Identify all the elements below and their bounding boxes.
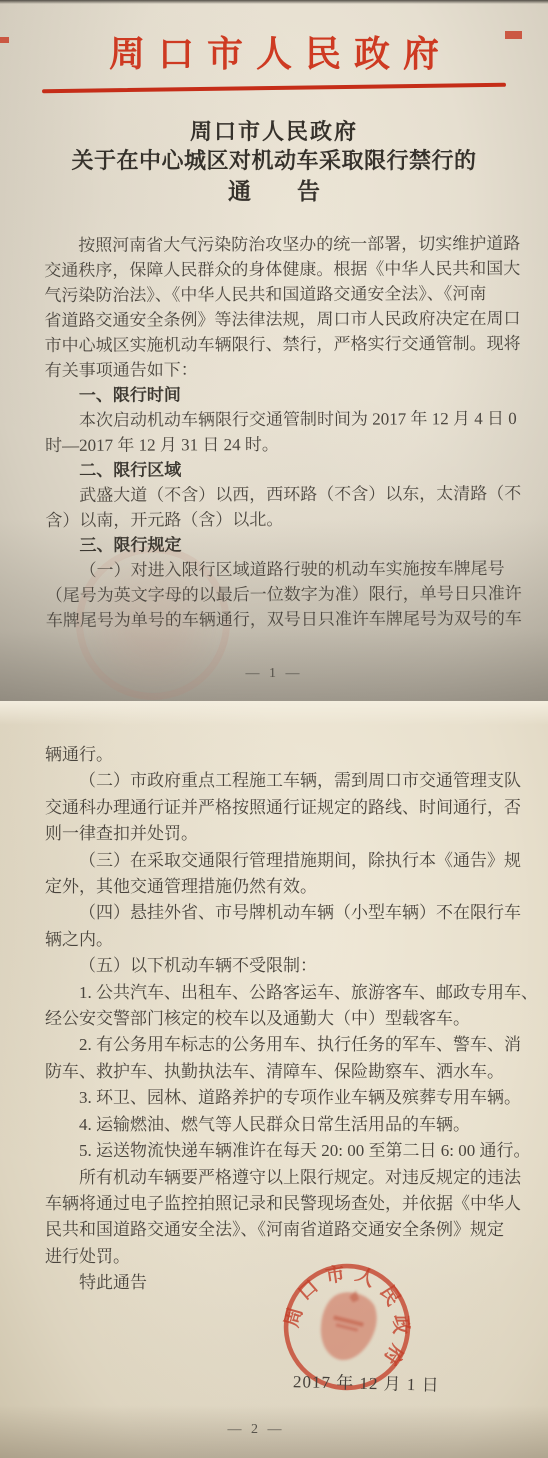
document-line: 1. 公共汽车、出租车、公路客运车、旅游客车、邮政专用车、 [45, 980, 512, 1006]
seal-emblem [313, 1284, 383, 1366]
letterhead-rule [42, 83, 506, 93]
document-line: 武盛大道（不含）以西，西环路（不含）以东，太清路（不 [45, 481, 512, 508]
document-line: 辆之内。 [45, 927, 512, 953]
issue-date: 2017 年 12 月 1 日 [293, 1367, 440, 1396]
document-line: （四）悬挂外省、市号牌机动车辆（小型车辆）不在限行车 [45, 900, 512, 926]
document-line: 2. 有公务用车标志的公务用车、执行任务的军车、警车、消 [45, 1032, 512, 1058]
document-line: 辆通行。 [45, 742, 512, 768]
page2-body: 辆通行。（二）市政府重点工程施工车辆，需到周口市交通管理支队交通科办理通行证并严… [45, 742, 512, 1297]
document-line: 一、限行时间 [45, 381, 512, 408]
document-line: 民共和国道路交通安全法》、《河南省道路交通安全条例》规定 [45, 1217, 512, 1243]
document-line: （一）对进入限行区域道路行驶的机动车实施按车牌尾号 [46, 556, 513, 583]
document-title: 周口市人民政府 关于在中心城区对机动车采取限行禁行的 通 告 [0, 118, 548, 208]
document-line: 省道路交通安全条例》等法律法规，周口市人民政府决定在周口 [44, 306, 511, 333]
document-line: 含）以南，开元路（含）以北。 [45, 506, 512, 533]
page1-number: — 1 — [0, 666, 548, 682]
document-line: （五）以下机动车辆不受限制： [45, 953, 512, 979]
document-line: 定外，其他交通管理措施仍然有效。 [45, 874, 512, 900]
document-line: （尾号为英文字母的以最后一位数字为准）限行，单号日只准许 [46, 581, 513, 608]
page2-number: — 2 — [0, 1422, 512, 1438]
document-line: 按照河南省大气污染防治攻坚办的统一部署，切实维护道路 [44, 231, 511, 258]
document-line: 5. 运送物流快递车辆准许在每天 20: 00 至第二日 6: 00 通行。 [45, 1138, 512, 1164]
document-line: 交通秩序，保障人民群众的身体健康。根据《中华人民共和国大 [44, 256, 511, 283]
document-line: 有关事项通告如下： [45, 356, 512, 383]
document-line: 则一律查扣并处罚。 [45, 821, 512, 847]
document-line: 本次启动机动车辆限行交通管制时间为 2017 年 12 月 4 日 0 [45, 406, 512, 433]
document-line: （二）市政府重点工程施工车辆，需到周口市交通管理支队 [45, 768, 512, 794]
document-line: 车牌尾号为单号的车辆通行，双号日只准许车牌尾号为双号的车 [46, 606, 513, 633]
document-title-line2: 关于在中心城区对机动车采取限行禁行的 [0, 146, 548, 176]
document-line: 进行处罚。 [45, 1244, 512, 1270]
page-1: 周口市人民政府 周口市人民政府 关于在中心城区对机动车采取限行禁行的 通 告 按… [0, 0, 548, 701]
page1-body: 按照河南省大气污染防治攻坚办的统一部署，切实维护道路交通秩序，保障人民群众的身体… [44, 231, 513, 633]
document-line: 经公安交警部门核定的校车以及通勤大（中）型载客车。 [45, 1006, 512, 1032]
document-line: 3. 环卫、园林、道路养护的专项作业车辆及殡葬专用车辆。 [45, 1085, 512, 1111]
document-title-line3: 通 告 [0, 176, 548, 208]
page-2: 辆通行。（二）市政府重点工程施工车辆，需到周口市交通管理支队交通科办理通行证并严… [0, 701, 548, 1458]
document-line: 车辆将通过电子监控拍照记录和民警现场查处，并依据《中华人 [45, 1191, 512, 1217]
document-line: 4. 运输燃油、燃气等人民群众日常生活用品的车辆。 [45, 1112, 512, 1138]
document-line: 气污染防治法》、《中华人民共和国道路交通安全法》、《河南 [44, 281, 511, 308]
document-line: 所有机动车辆要严格遵守以上限行规定。对违反规定的违法 [45, 1165, 512, 1191]
document-title-line1: 周口市人民政府 [0, 118, 548, 146]
document-line: 特此通告 [45, 1270, 512, 1296]
document-line: 三、限行规定 [45, 531, 512, 558]
document-line: 时—2017 年 12 月 31 日 24 时。 [45, 431, 512, 458]
document-photo: 周口市人民政府 周口市人民政府 关于在中心城区对机动车采取限行禁行的 通 告 按… [0, 0, 548, 1458]
document-line: 防车、救护车、执勤执法车、清障车、保险勘察车、洒水车。 [45, 1059, 512, 1085]
document-line: 交通科办理通行证并严格按照通行证规定的路线、时间通行，否 [45, 795, 512, 821]
document-line: （三）在采取交通限行管理措施期间，除执行本《通告》规 [45, 848, 512, 874]
letterhead-title: 周口市人民政府 [0, 26, 548, 77]
document-line: 二、限行区域 [45, 456, 512, 483]
document-line: 市中心城区实施机动车辆限行、禁行，严格实行交通管制。现将 [45, 331, 512, 358]
